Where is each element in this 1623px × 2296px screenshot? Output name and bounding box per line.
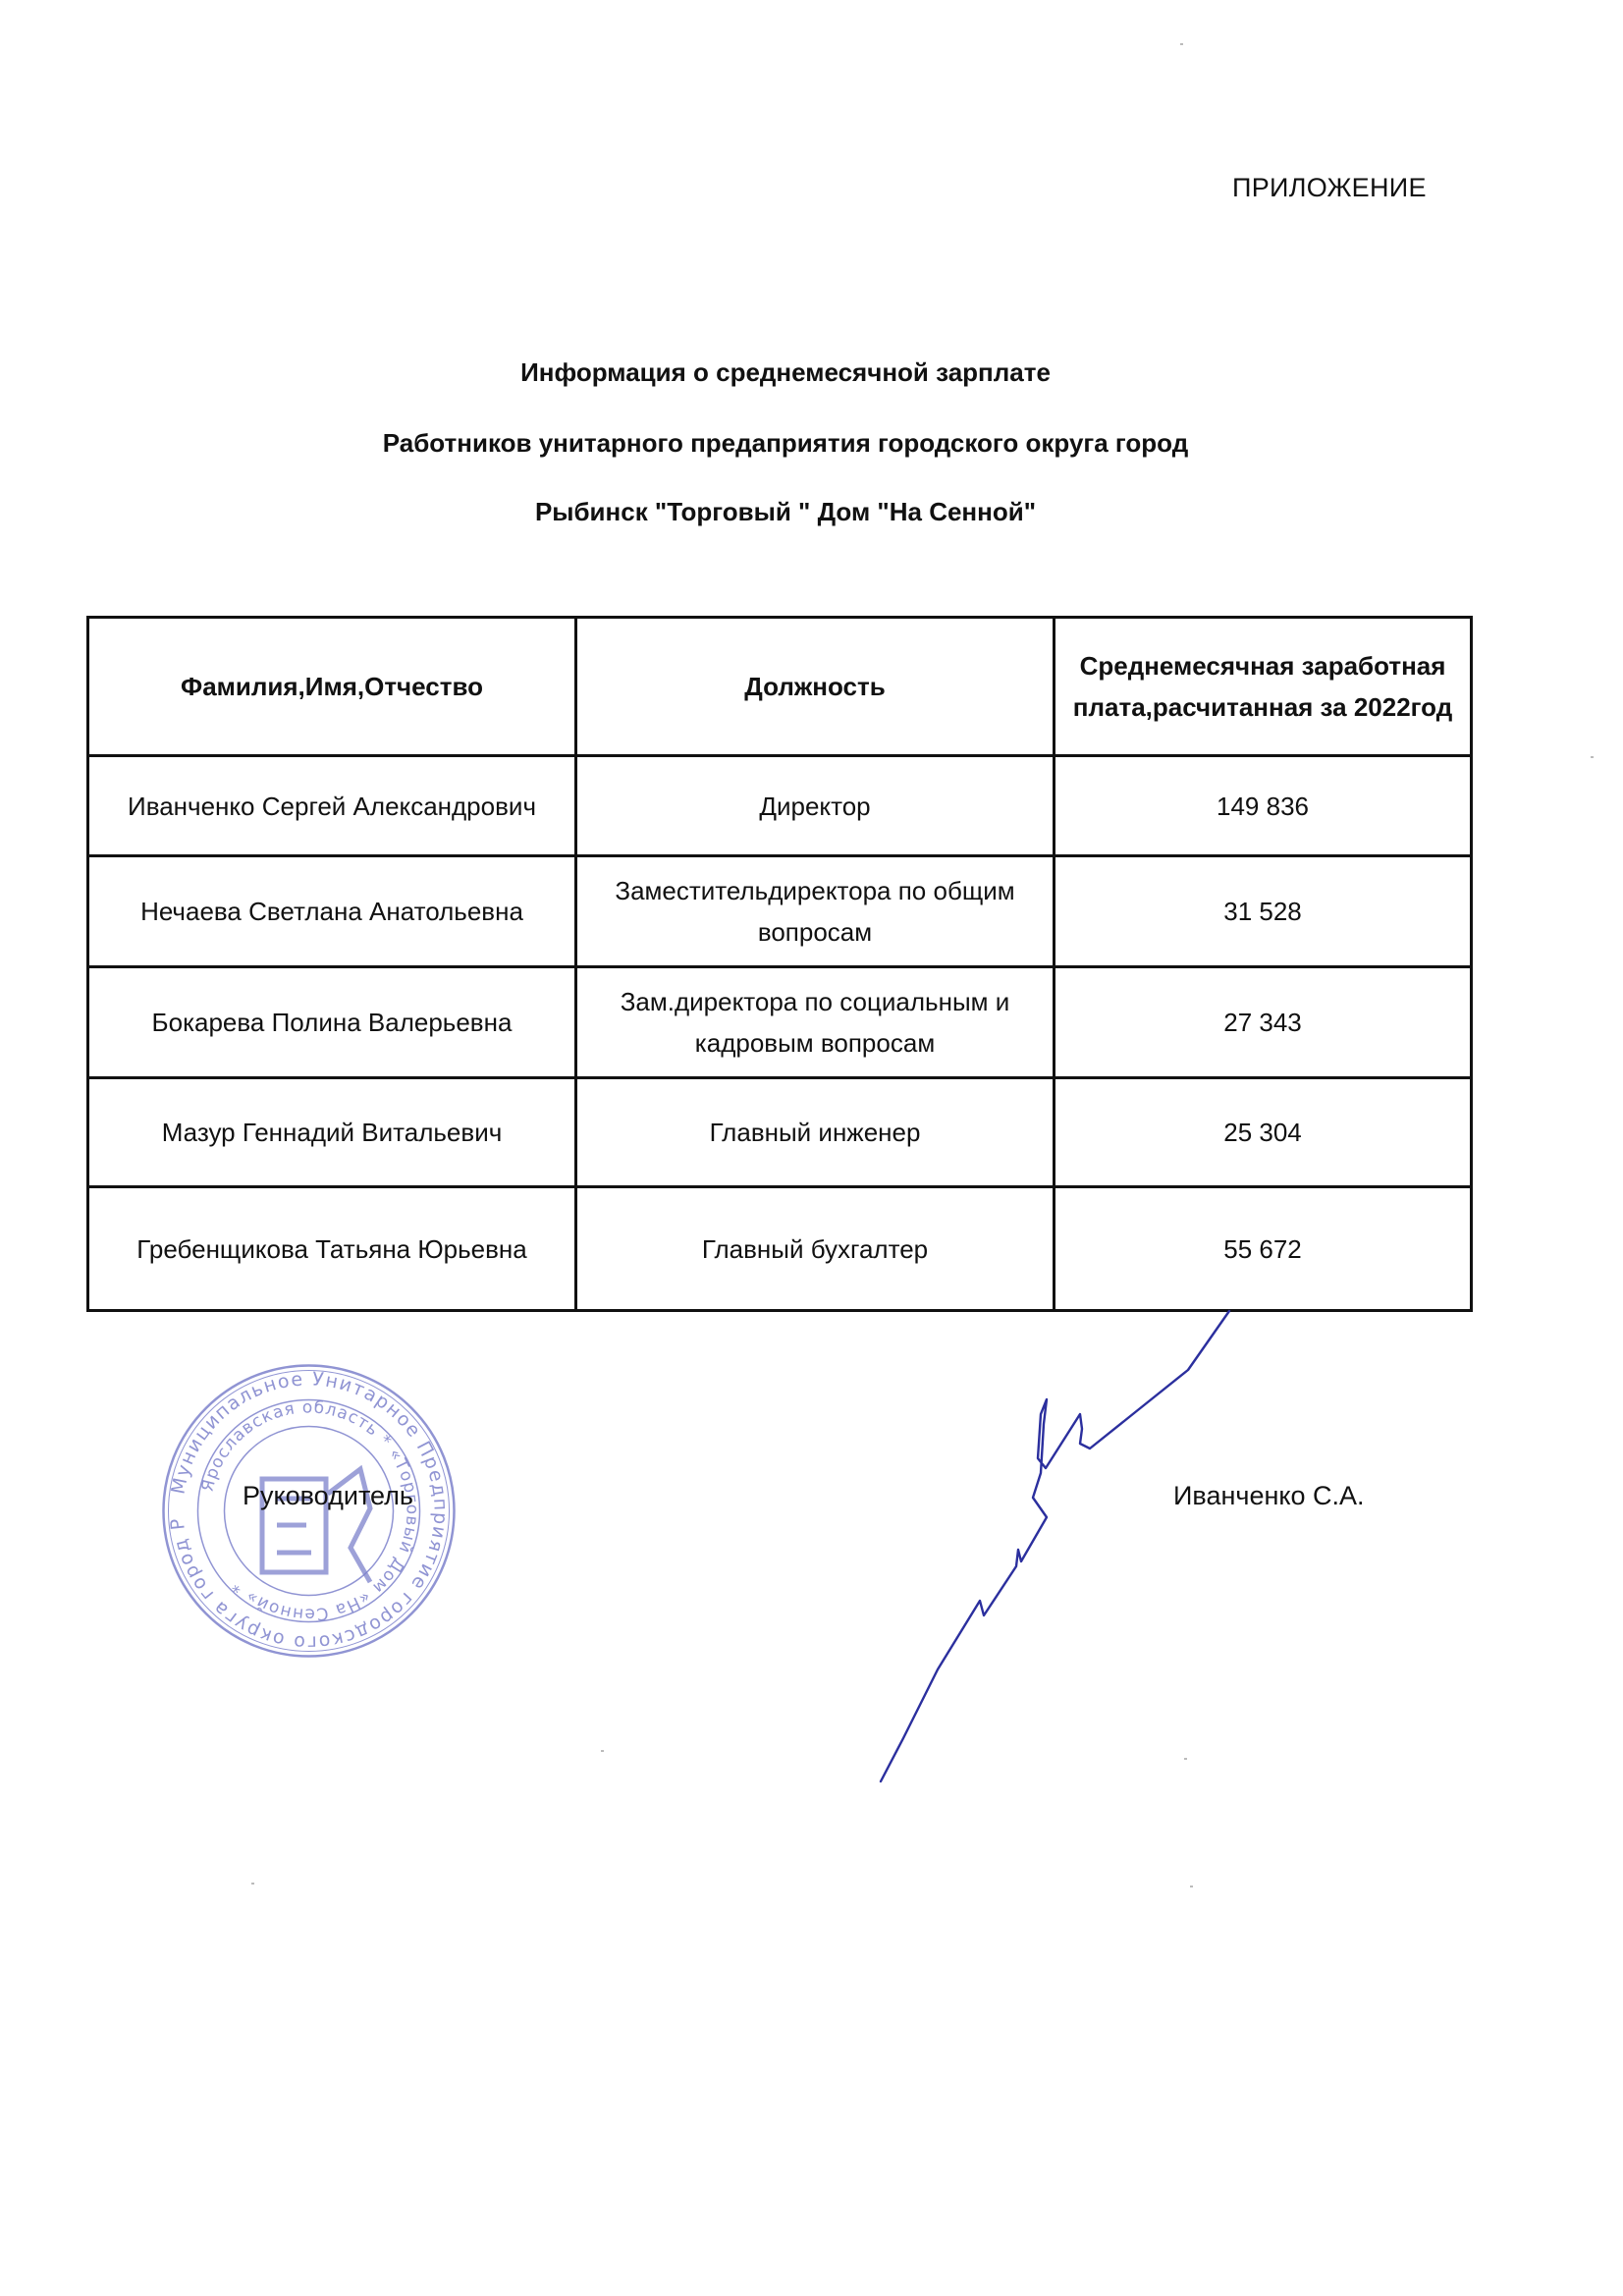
document-title-line-1: Информация о среднемесячной зарплате [0,357,1571,388]
head-role-label: Руководитель [243,1481,413,1511]
cell-name: Мазур Геннадий Витальевич [88,1078,576,1187]
cell-position: Директор [576,756,1055,856]
table-row: Иванченко Сергей Александрович Директор … [88,756,1472,856]
cell-salary: 55 672 [1055,1187,1472,1311]
handwritten-signature-icon [864,1306,1414,1836]
table-row: Бокарева Полина Валерьевна Зам.директора… [88,967,1472,1078]
scan-speck [1591,756,1594,758]
header-avg-salary: Среднемесячная заработная плата,расчитан… [1055,618,1472,756]
cell-name: Иванченко Сергей Александрович [88,756,576,856]
salary-table: Фамилия,Имя,Отчество Должность Среднемес… [86,616,1473,1312]
cell-position: Главный бухгалтер [576,1187,1055,1311]
cell-name: Бокарева Полина Валерьевна [88,967,576,1078]
appendix-label: ПРИЛОЖЕНИЕ [1232,173,1427,203]
cell-position: Зам.директора по социальным и кадровым в… [576,967,1055,1078]
cell-position: Главный инженер [576,1078,1055,1187]
cell-name: Нечаева Светлана Анатольевна [88,856,576,967]
document-title-line-2: Работников унитарного предаприятия город… [0,428,1571,459]
cell-position: Заместительдиректора по общим вопросам [576,856,1055,967]
header-position: Должность [576,618,1055,756]
scan-speck [1180,43,1183,45]
cell-salary: 149 836 [1055,756,1472,856]
cell-salary: 27 343 [1055,967,1472,1078]
table-row: Нечаева Светлана Анатольевна Заместитель… [88,856,1472,967]
table-row: Гребенщикова Татьяна Юрьевна Главный бух… [88,1187,1472,1311]
document-title-line-3: Рыбинск "Торговый " Дом "На Сенной" [0,497,1571,527]
cell-salary: 25 304 [1055,1078,1472,1187]
cell-name: Гребенщикова Татьяна Юрьевна [88,1187,576,1311]
scan-speck [601,1750,604,1752]
table-header-row: Фамилия,Имя,Отчество Должность Среднемес… [88,618,1472,756]
header-full-name: Фамилия,Имя,Отчество [88,618,576,756]
scan-speck [1190,1886,1193,1887]
cell-salary: 31 528 [1055,856,1472,967]
scan-speck [251,1883,254,1885]
scan-speck [1184,1758,1187,1760]
table-row: Мазур Геннадий Витальевич Главный инжене… [88,1078,1472,1187]
signatory-name: Иванченко С.А. [1173,1481,1365,1511]
